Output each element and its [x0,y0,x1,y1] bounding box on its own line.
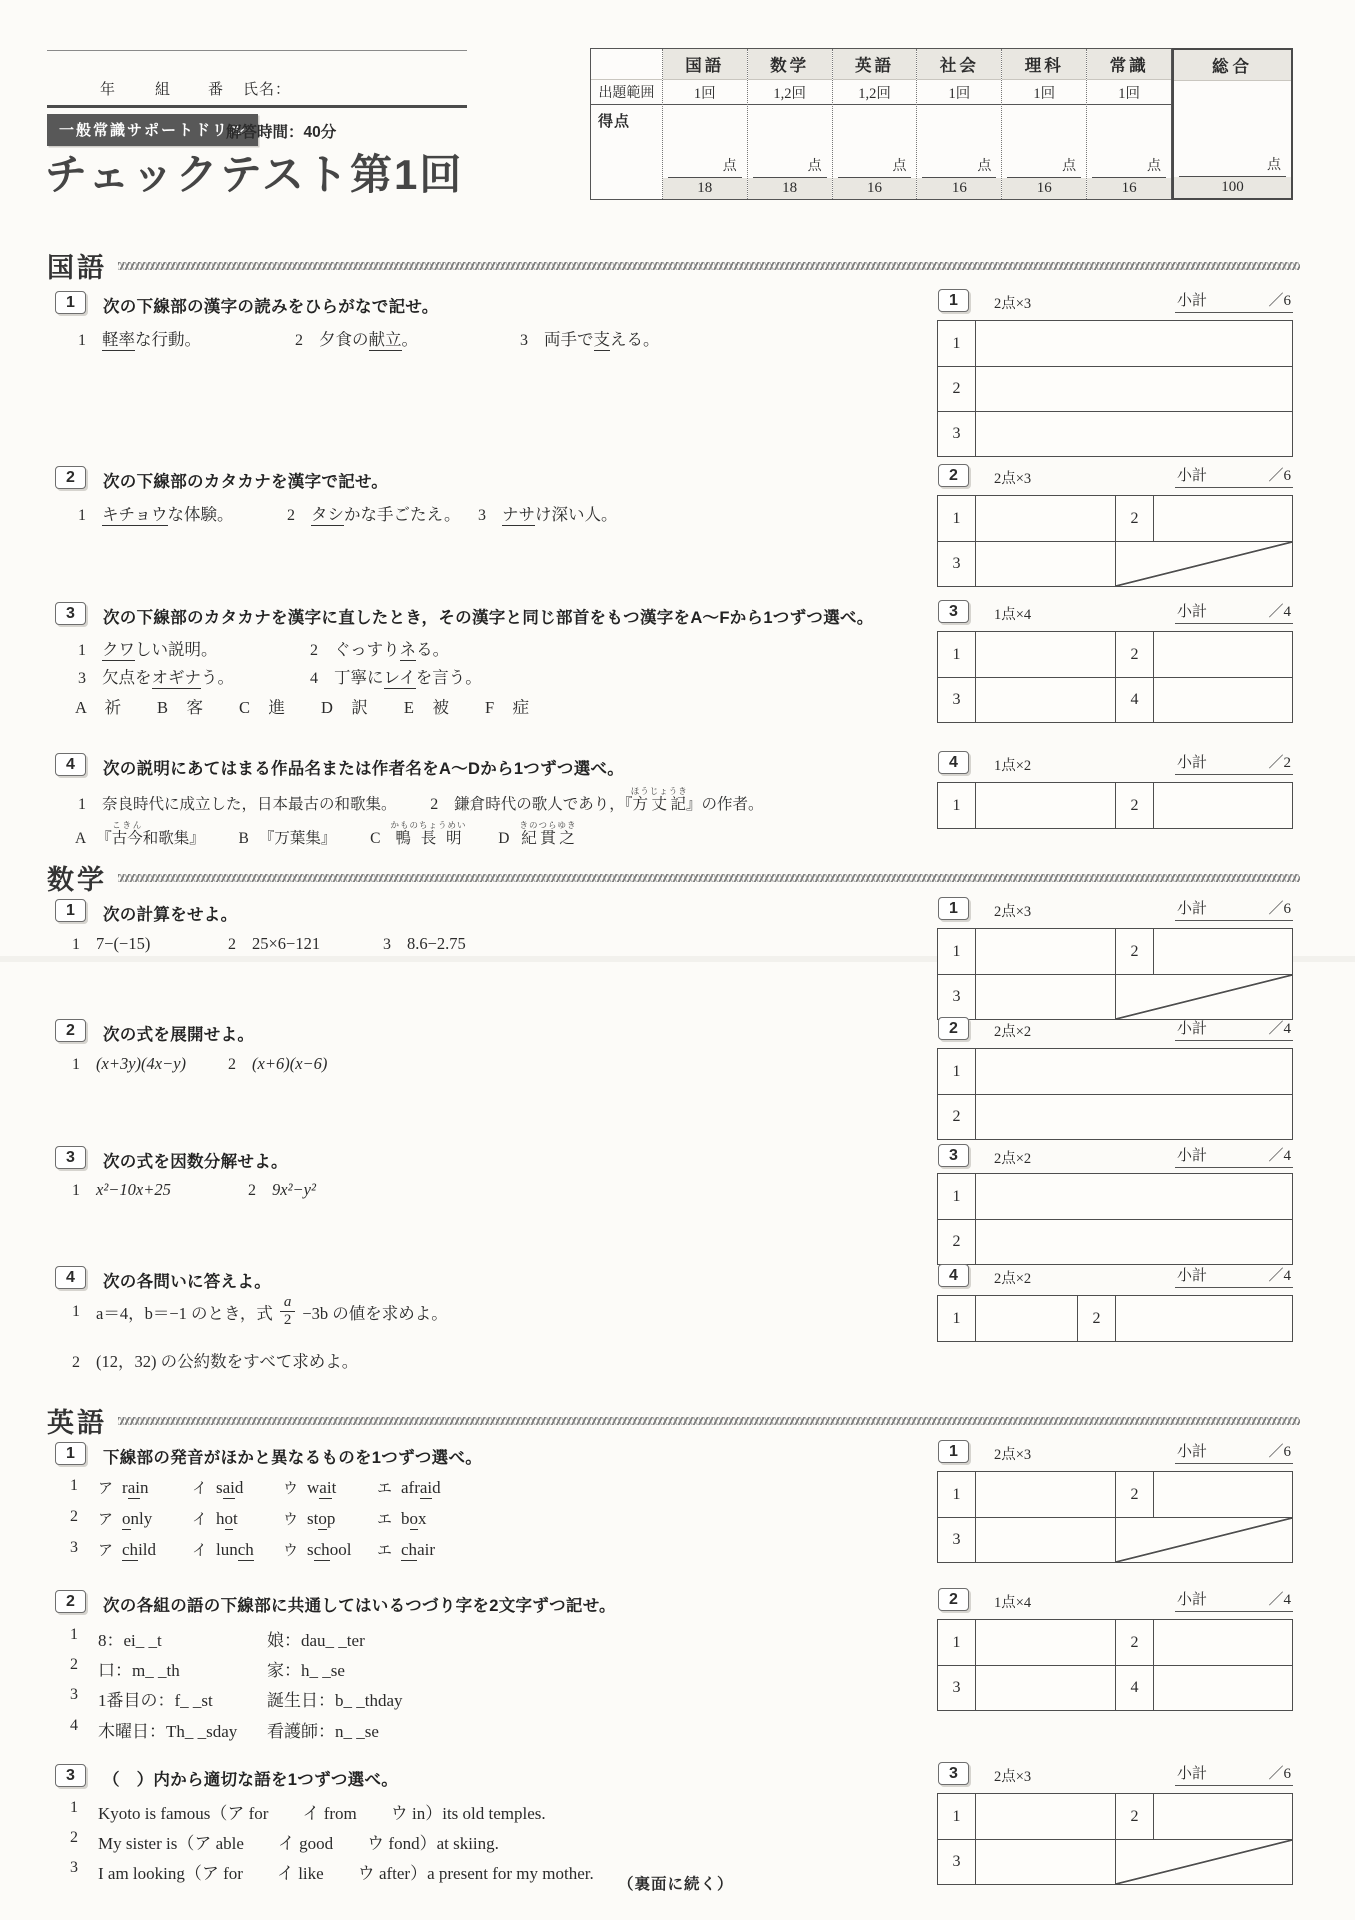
item-underlined: クワ [102,640,135,661]
answer-cell-label: 2 [938,367,976,411]
option: イsaid [192,1477,283,1498]
answer-table: 12 34 [937,1619,1293,1711]
answer-cell-label: 3 [938,1840,976,1884]
word-pre: st [307,1509,318,1528]
item-number: 1 [72,1303,85,1321]
max-score: 18 [748,178,832,199]
answer-cell-label: 1 [938,1049,976,1094]
subtotal-label: 小計 [1177,1144,1207,1165]
answer-block-header: 1 2点×3 小計／6 [937,1440,1293,1466]
answer-question-number: 1 [938,897,969,920]
item-pre: 欠点を [102,668,152,687]
answer-cell-label: 1 [938,1296,976,1341]
item-number: 2 [228,1056,241,1074]
sentence-text: My sister is（ア able イ good ウ fond）at ski… [98,1829,499,1854]
answer-row: 12 [938,1472,1292,1517]
score-table-label-column: 出題範囲 得点 [591,49,662,199]
question-item: 2夕食の献立。 [295,326,418,350]
subtotal-label: 小計 [1177,751,1207,772]
score-table-main: 出題範囲 得点 国語 1回 点 18 数学 1,2回 点 18 英語 1,2回 … [590,48,1172,200]
question-item: 3ナサけ深い人。 [478,501,618,525]
item-text: (12，32) の公約数をすべて求めよ。 [96,1352,358,1371]
name-label: 氏名： [243,78,291,99]
max-score: 16 [1002,178,1086,199]
answer-block-header: 1 2点×3 小計／6 [937,289,1293,315]
word-pre: r [122,1478,128,1497]
diagonal-strikeout [1116,1518,1292,1562]
answer-cell-blank [1154,632,1292,677]
unit-label: 点 [1147,155,1161,175]
subtotal: 小計／4 [1175,1264,1293,1288]
subtotal: 小計／6 [1175,289,1293,313]
subject-header: 国語 [663,49,747,80]
answer-question-number: 3 [938,600,969,623]
question-item: 2(x+6)(x−6) [228,1054,327,1074]
answer-table: 12 3 [937,495,1293,587]
subtotal: 小計／2 [1175,751,1293,775]
answer-cell-blank [1154,783,1292,828]
sentence-row: 3I am looking（ア for イ like ウ after）a pre… [70,1859,594,1884]
answer-cell-label: 2 [1116,929,1154,974]
answer-cell-blank [976,1794,1116,1839]
answer-cell-label: 3 [938,1666,976,1710]
subtotal-label: 小計 [1177,1762,1207,1783]
answer-time: 解答時間：40分 [226,120,336,142]
unit-label: 点 [723,155,737,175]
item-underlined: レイ [384,668,416,689]
subject-column: 英語 1,2回 点 16 [832,49,917,199]
question-prompt: 次の下線部のカタカナを漢字で記せ。 [103,468,388,492]
answer-cell-label: 3 [938,975,976,1019]
answer-block-header: 2 2点×2 小計／4 [937,1017,1293,1043]
answer-cell-blank [976,1220,1292,1264]
question-item: 3欠点をオギナう。 [78,664,234,688]
subtotal-label: 小計 [1177,1017,1207,1038]
word-post: n [140,1478,149,1497]
question-number-box: 1 [55,291,86,314]
word-left: 木曜日：Th_ _sday [98,1717,267,1742]
item-post: しい説明。 [135,640,218,659]
answer-table: 1 2 [937,1048,1293,1140]
question-item: 29x²−y² [248,1180,316,1200]
points-label: 2点×2 [994,1020,1031,1041]
score-cell: 点 [917,105,1001,178]
option-key: ウ [283,1481,298,1497]
word-underlined: ai [223,1478,235,1499]
question-number-box: 4 [55,1266,86,1289]
score-underline [1007,177,1081,178]
answer-cell-blank [976,1174,1292,1219]
answer-question-number: 3 [938,1762,969,1785]
item-number: 2 [287,507,300,525]
max-score: 18 [663,178,747,199]
ruby-word: 紀貫之きのつらゆき [519,830,576,847]
option: ウwait [283,1477,377,1498]
answer-row: 3 [938,541,1292,586]
item-underlined: ナサ [502,505,535,526]
header-bottom-rule [47,105,467,108]
ruby-base: 方丈記 [631,796,688,813]
section-divider [118,1417,1300,1425]
answer-row: 12 [938,1794,1292,1839]
max-row-label-cell [591,178,662,199]
answer-cell-label: 1 [938,1620,976,1665]
answer-row: 12 [938,632,1292,677]
option: ウschool [283,1539,377,1560]
question-number-box: 4 [55,753,86,776]
word-post: ool [330,1540,352,1559]
score-cell: 点 [748,105,832,178]
word-left: 口：m_ _th [98,1656,267,1681]
answer-table: 1 2 [937,1173,1293,1265]
answer-cell-blank [1154,678,1292,722]
option-key: エ [377,1512,392,1528]
subject-header: 社会 [917,49,1001,80]
word-post: d [235,1478,244,1497]
subject-header: 英語 [833,49,917,80]
subtotal-denominator: ／6 [1268,897,1291,918]
section-divider [118,262,1300,270]
item-number: 1 [72,936,85,954]
answer-cell-label: 2 [1116,496,1154,541]
points-label: 2点×3 [994,467,1031,488]
answer-block-header: 4 2点×2 小計／4 [937,1264,1293,1290]
item-pre: ぐっすり [334,640,400,659]
section-divider [118,874,1300,882]
question-item: 1x²−10x+25 [72,1180,171,1200]
question-number-box: 2 [55,1019,86,1042]
subtotal-denominator: ／4 [1268,1144,1291,1165]
answer-row: 34 [938,1665,1292,1710]
answer-cell-label: 1 [938,321,976,366]
question-item: 1奈良時代に成立した，日本最古の和歌集。 2鎌倉時代の歌人であり，『方丈記ほうじ… [78,786,764,814]
item-number: 2 [70,1829,98,1854]
answer-cell-blank [976,783,1116,828]
item-post: な体験。 [168,505,234,524]
item-post: 。 [402,330,419,349]
points-label: 1点×4 [994,603,1031,624]
item-number: 1 [70,1626,98,1651]
item-number: 2 [72,1354,85,1372]
question-prompt: 次の計算をせよ。 [103,901,237,925]
subject-column: 理科 1回 点 16 [1001,49,1086,199]
word-right: 家：h_ _se [267,1656,345,1681]
answer-cell-blank [976,321,1292,366]
word-right: 娘：dau_ _ter [267,1626,365,1651]
math-expression: 7−(−15) [96,934,150,953]
item-number: 1 [70,1477,98,1498]
answer-cell-blank [976,1840,1116,1884]
points-label: 1点×4 [994,1591,1031,1612]
option: ウstop [283,1508,377,1529]
answer-question-number: 4 [938,751,969,774]
unit-label: 点 [1062,155,1076,175]
header-top-rule [47,50,467,51]
answer-block-header: 2 2点×3 小計／6 [937,464,1293,490]
item-number: 1 [78,642,91,660]
score-underline [1179,176,1286,177]
answer-row: 1 [938,321,1292,366]
item-post: −3b の値を求めよ。 [302,1300,447,1324]
word-pre: s [307,1540,314,1559]
subtotal-denominator: ／6 [1268,1762,1291,1783]
option: エchair [377,1539,435,1560]
answer-question-number: 1 [938,289,969,312]
diagonal-strikeout [1116,542,1292,586]
answer-cell-blank [976,1296,1078,1341]
answer-table: 12 3 [937,1793,1293,1885]
subtotal: 小計／6 [1175,1762,1293,1786]
max-score: 16 [833,178,917,199]
answer-cell-blank [976,975,1116,1019]
ruby-base: 古今 [112,830,143,847]
range-cell: 1,2回 [833,80,917,105]
answer-cell-label: 4 [1116,1666,1154,1710]
item-number: 1 [78,332,91,350]
word-underlined: ch [238,1540,254,1561]
answer-cell-blank [1116,1296,1292,1341]
question-prompt: 次の各組の語の下線部に共通してはいるつづり字を2文字ずつ記せ。 [103,1592,616,1616]
question-number-box: 2 [55,466,86,489]
answer-cell-label: 2 [938,1095,976,1139]
word-underlined: o [410,1509,419,1530]
choice-label: B [239,830,249,847]
unit-label: 点 [977,155,991,175]
answer-cell-label: 2 [1116,783,1154,828]
question-prompt: 次の下線部の漢字の読みをひらがなで記せ。 [103,293,439,317]
continue-note: （裏面に続く） [618,1872,734,1894]
answer-cell-blank [976,929,1116,974]
option-key: イ [192,1481,207,1497]
subtotal-denominator: ／6 [1268,1440,1291,1461]
math-expression: 25×6−121 [252,934,320,953]
page-title: チェックテスト第1回 [45,142,463,202]
ruby-word: 方丈記ほうじょうき [633,796,687,813]
score-cell: 点 [833,105,917,178]
math-expression: (x+6)(x−6) [252,1054,327,1073]
answer-question-number: 4 [938,1264,969,1287]
section-heading-math: 数学 [47,858,107,897]
answer-cell-blank [1154,1666,1292,1710]
answer-cell-blank [976,1049,1292,1094]
item-underlined: 支 [594,330,611,351]
range-cell: 1回 [1087,80,1171,105]
spelling-row: 18：ei_ _t娘：dau_ _ter [70,1626,365,1651]
fraction-numerator: a [280,1294,296,1312]
pronunciation-row: 2 アonly イhot ウstop エbox [70,1508,427,1529]
answer-cell-label: 3 [938,412,976,456]
item-underlined: キチョウ [102,505,168,526]
year-label: 年 [100,78,116,99]
subtotal-denominator: ／6 [1268,289,1291,310]
subtotal-label: 小計 [1177,600,1207,621]
item-post: る。 [416,640,449,659]
answer-cell-label: 1 [938,929,976,974]
spelling-row: 2口：m_ _th家：h_ _se [70,1656,345,1681]
option-key: イ [192,1543,207,1559]
answer-cell-label: 1 [938,783,976,828]
word-post: x [418,1509,427,1528]
word-post: t [332,1478,337,1497]
subtotal-label: 小計 [1177,1264,1207,1285]
answer-cell-label: 1 [938,1794,976,1839]
item-pre: 夕食の [319,330,369,349]
range-cell: 1,2回 [748,80,832,105]
class-label: 組 [155,78,171,99]
answer-cell-blank [976,632,1116,677]
unit-label: 点 [1267,154,1281,174]
answer-cell-blank [976,1666,1116,1710]
score-row-label-cell: 得点 [591,105,662,178]
spelling-row: 31番目の：f_ _st誕生日：b_ _thday [70,1686,403,1711]
word-underlined: ch [122,1540,138,1561]
option-key: ウ [283,1543,298,1559]
word-post: air [417,1540,435,1559]
answer-cell-blank [976,1620,1116,1665]
choice-text: 『万葉集』 [259,830,337,847]
item-number: 1 [78,796,91,814]
answer-row: 12 [938,783,1292,828]
answer-cell-label: 2 [1078,1296,1116,1341]
range-cell: 1回 [917,80,1001,105]
option: イhot [192,1508,283,1529]
subject-column: 常識 1回 点 16 [1086,49,1171,199]
answer-table: 12 3 [937,1471,1293,1563]
subject-header: 常識 [1087,49,1171,80]
choice-label: D [498,830,509,847]
answer-question-number: 1 [938,1440,969,1463]
answer-row: 34 [938,677,1292,722]
answer-cell-label: 3 [938,542,976,586]
word-underlined: ai [319,1478,331,1499]
option: エbox [377,1508,427,1529]
word-pre: w [307,1478,319,1497]
subtotal-label: 小計 [1177,897,1207,918]
answer-row: 3 [938,974,1292,1019]
word-post: nly [131,1509,153,1528]
word-underlined: ai [128,1478,140,1499]
answer-row: 12 [938,496,1292,541]
question-item: 225×6−121 [228,934,320,954]
score-cell: 点 [663,105,747,178]
answer-question-number: 2 [938,464,969,487]
question-prompt: 下線部の発音がほかと異なるものを1つずつ選べ。 [103,1444,482,1468]
answer-cell-blank [1154,1620,1292,1665]
answer-block-header: 3 2点×3 小計／6 [937,1762,1293,1788]
diagonal-strikeout [1116,1840,1292,1884]
answer-row: 3 [938,1839,1292,1884]
corner-cell [591,49,662,80]
word-underlined: ch [401,1540,417,1561]
subject-header: 理科 [1002,49,1086,80]
question-item: 1軽率な行動。 [78,326,201,350]
subtotal-denominator: ／4 [1268,600,1291,621]
range-cell: 1回 [663,80,747,105]
answer-block-header: 1 2点×3 小計／6 [937,897,1293,923]
question-number-box: 1 [55,1442,86,1465]
ruby-word: 古今こきん [112,830,143,847]
word-post: p [327,1509,336,1528]
option-key: ア [98,1543,113,1559]
subtotal: 小計／4 [1175,1144,1293,1168]
question-item: 2(12，32) の公約数をすべて求めよ。 [72,1348,358,1372]
answer-block-header: 4 1点×2 小計／2 [937,751,1293,777]
choice-text: 『 [96,830,112,847]
subject-column: 数学 1,2回 点 18 [747,49,832,199]
item-underlined: 献立 [369,330,402,351]
item-number: 3 [70,1859,98,1884]
answer-cell-blank [1154,496,1292,541]
word-underlined: ch [314,1540,330,1561]
option-key: ア [98,1512,113,1528]
item-number: 2 [430,796,443,814]
answer-row: 1 [938,1174,1292,1219]
sentence-text: Kyoto is famous（ア for イ from ウ in）its ol… [98,1799,546,1824]
ruby-word: 鴨長明かものちょうめい [390,830,464,847]
option-key: ア [98,1481,113,1497]
question-number-box: 3 [55,602,86,625]
word-right: 看護師：n_ _se [267,1717,379,1742]
score-cell: 点 [1002,105,1086,178]
answer-cell-label: 1 [938,496,976,541]
answer-question-number: 2 [938,1588,969,1611]
item-number: 2 [248,1182,261,1200]
answer-table: 12 [937,782,1293,829]
item-number: 4 [70,1717,98,1742]
question-item: 1クワしい説明。 [78,636,218,660]
choices-line: A 祈 B 客 C 進 D 訳 E 被 F 症 [75,694,530,718]
question-item: 2ぐっすりネる。 [310,636,449,660]
question-prompt: 次の式を展開せよ。 [103,1021,254,1045]
section-heading-english: 英語 [47,1401,107,1440]
item-underlined: ネ [400,640,417,661]
score-cell: 点 [1087,105,1171,178]
item-number: 1 [78,507,91,525]
answer-row: 12 [938,1296,1292,1341]
item-underlined: オギナ [152,668,202,689]
item-pre: 両手で [544,330,594,349]
answer-cell-blank [976,1095,1292,1139]
choice-label: A [75,830,86,847]
sentence-row: 1Kyoto is famous（ア for イ from ウ in）its o… [70,1799,546,1824]
answer-cell-blank [976,678,1116,722]
points-label: 2点×3 [994,1765,1031,1786]
points-label: 2点×3 [994,292,1031,313]
answer-row: 1 [938,1049,1292,1094]
word-underlined: ai [420,1478,432,1499]
item-pre: a＝4，b＝−1 のとき，式 [96,1300,273,1324]
item-number: 3 [70,1539,98,1560]
question-prompt: 次の説明にあてはまる作品名または作者名をA～Dから1つずつ選べ。 [103,755,624,779]
question-number-box: 3 [55,1146,86,1169]
total-score-cell: 点 [1174,81,1291,177]
question-item: 1キチョウな体験。 [78,501,234,525]
subject-column: 国語 1回 点 18 [662,49,747,199]
ruby-furigana: こきん [112,820,143,830]
item-post: える。 [610,330,660,349]
item-number: 1 [70,1799,98,1824]
answer-cell-blank [976,367,1292,411]
answer-cell-label: 4 [1116,678,1154,722]
answer-row: 3 [938,411,1292,456]
answer-question-number: 3 [938,1144,969,1167]
subtotal-label: 小計 [1177,1440,1207,1461]
answer-row: 12 [938,929,1292,974]
subtotal-denominator: ／6 [1268,464,1291,485]
subtotal-denominator: ／4 [1268,1588,1291,1609]
diagonal-strikeout [1116,975,1292,1019]
score-underline [1092,177,1166,178]
